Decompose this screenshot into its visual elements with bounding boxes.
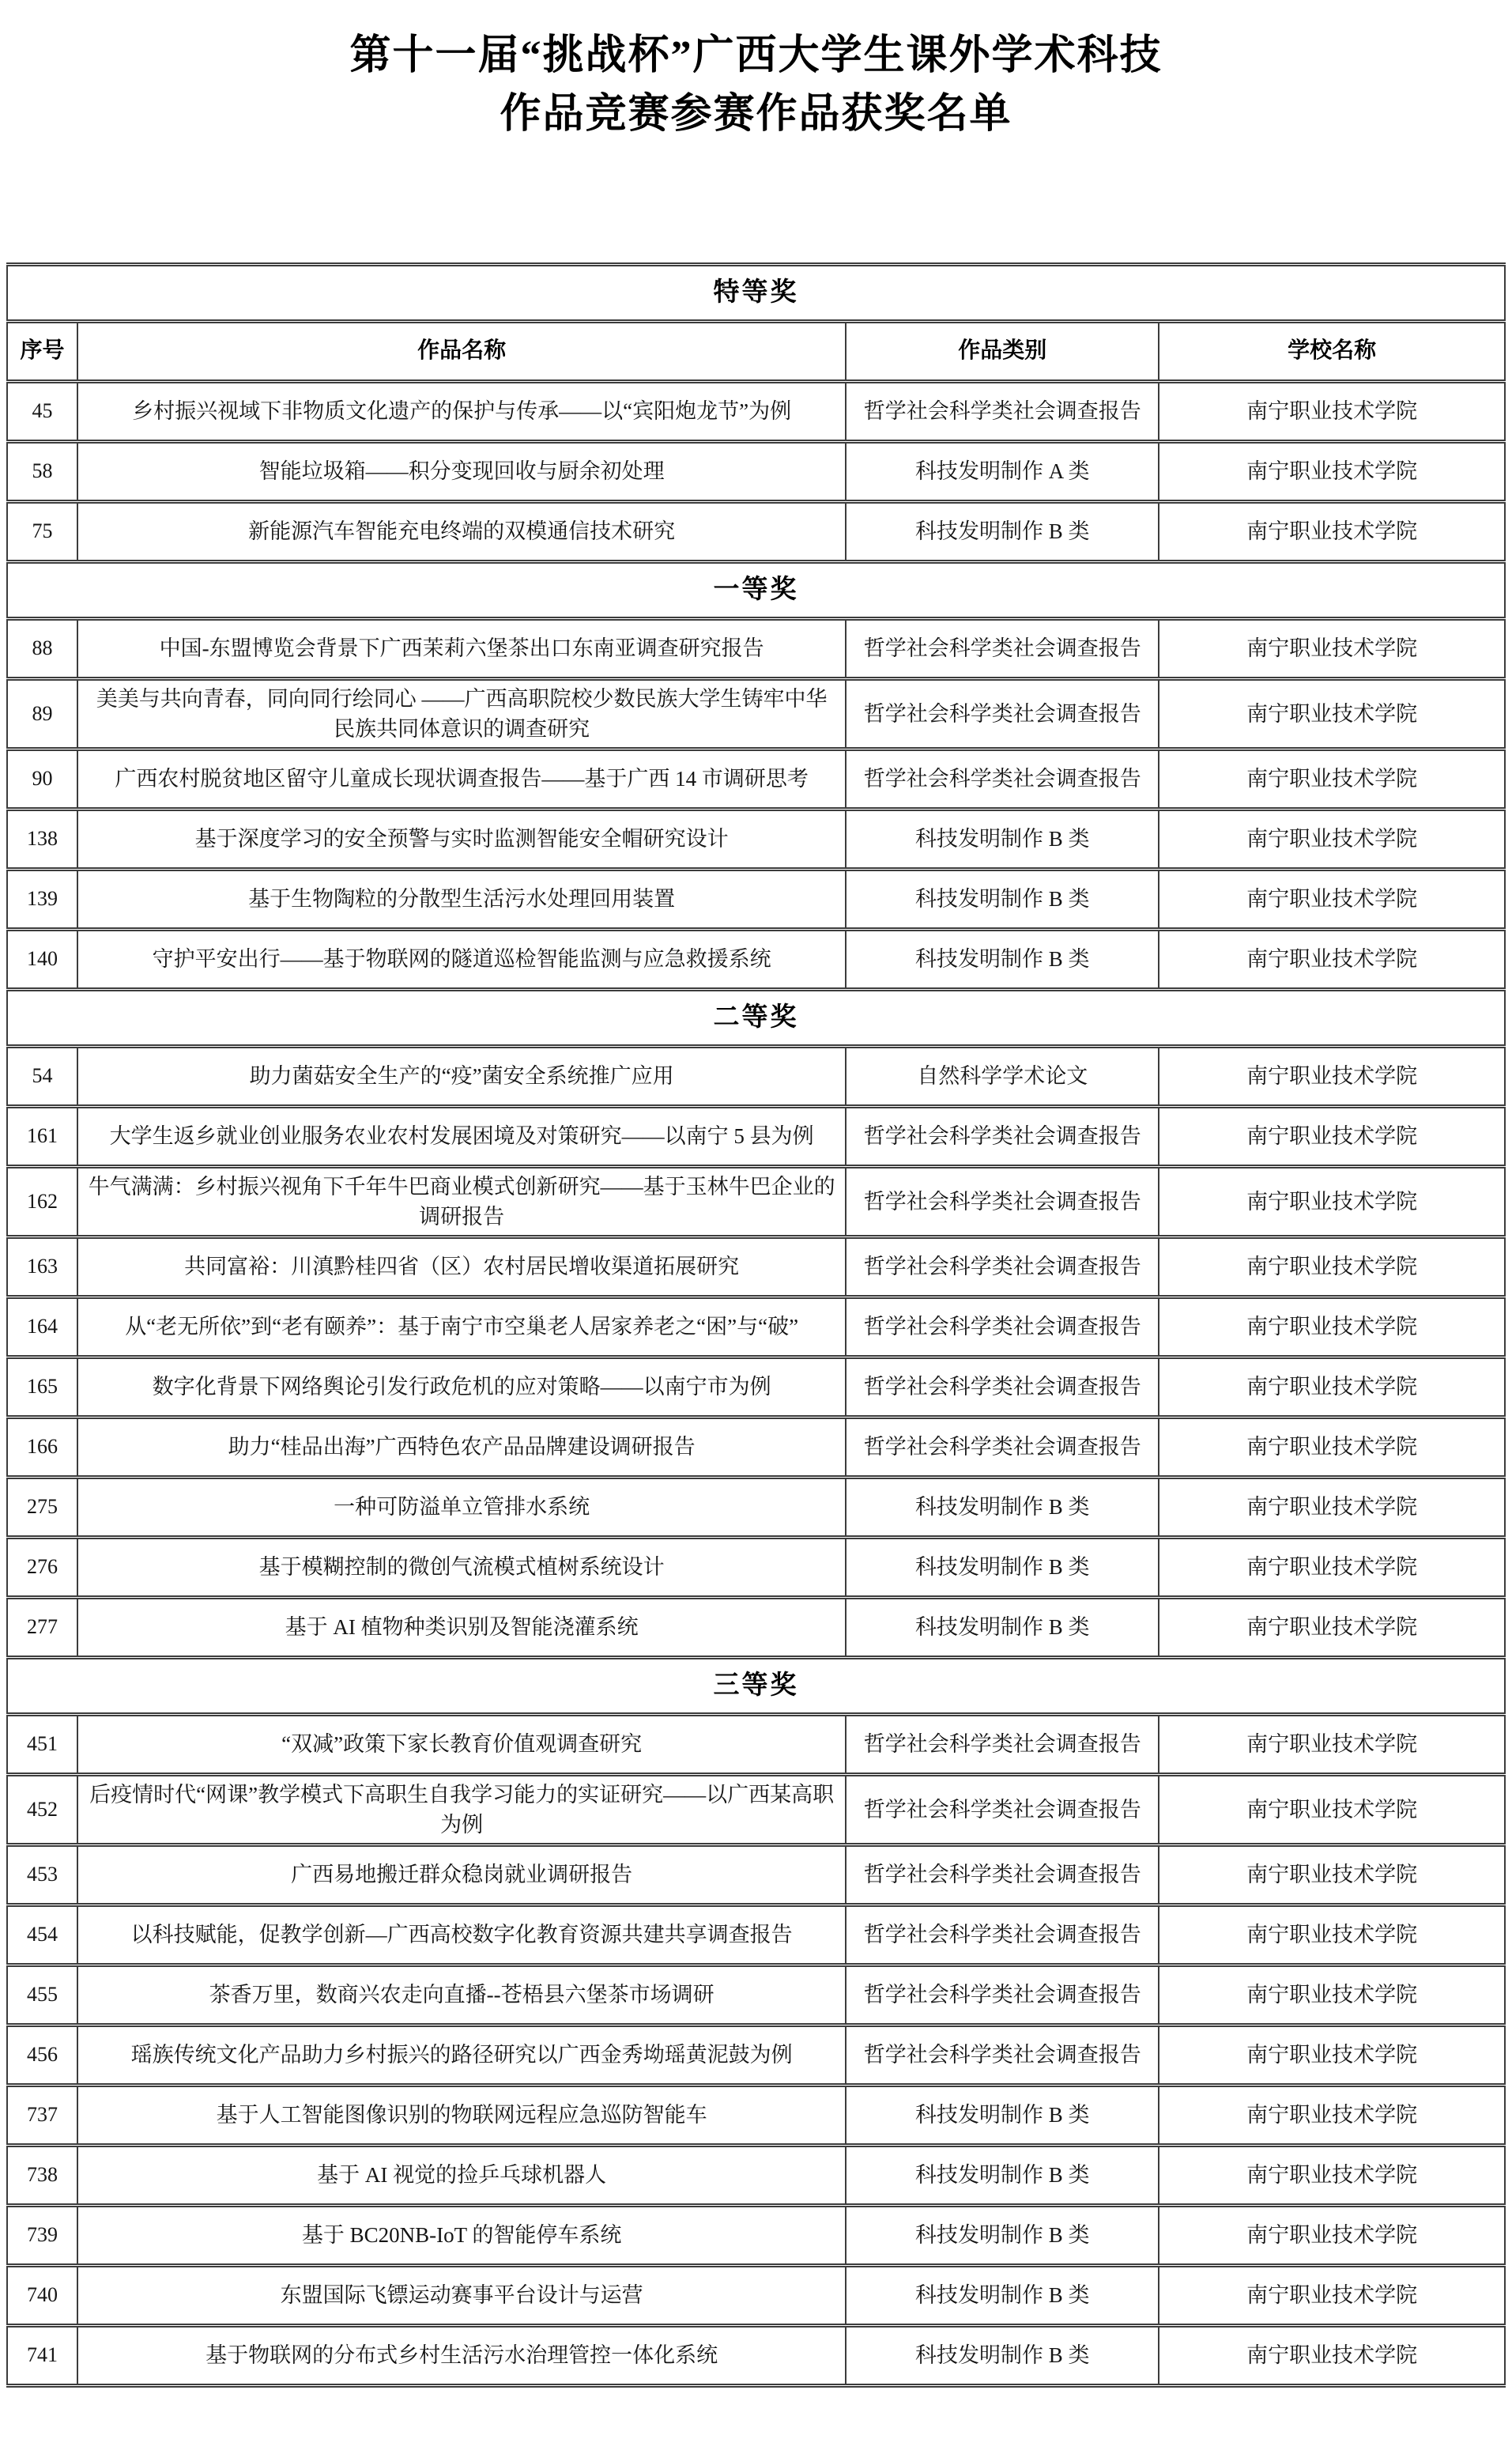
row-number: 453 <box>7 1844 77 1905</box>
work-title: 助力菌菇安全生产的“疫”菌安全系统推广应用 <box>77 1046 846 1106</box>
row-number: 89 <box>7 678 77 749</box>
work-category: 哲学社会科学类社会调查报告 <box>846 1905 1159 1965</box>
row-number: 75 <box>7 501 77 561</box>
table-row: 740东盟国际飞镖运动赛事平台设计与运营科技发明制作 B 类南宁职业技术学院 <box>7 2265 1505 2325</box>
school-name: 南宁职业技术学院 <box>1159 1537 1505 1597</box>
school-name: 南宁职业技术学院 <box>1159 2325 1505 2385</box>
table-row: 162牛气满满：乡村振兴视角下千年牛巴商业模式创新研究——基于玉林牛巴企业的调研… <box>7 1166 1505 1236</box>
work-title: 智能垃圾箱——积分变现回收与厨余初处理 <box>77 441 846 501</box>
row-number: 165 <box>7 1357 77 1417</box>
table-row: 139基于生物陶粒的分散型生活污水处理回用装置科技发明制作 B 类南宁职业技术学… <box>7 869 1505 929</box>
school-name: 南宁职业技术学院 <box>1159 1357 1505 1417</box>
table-row: 161大学生返乡就业创业服务农业农村发展困境及对策研究——以南宁 5 县为例哲学… <box>7 1106 1505 1166</box>
table-row: 165数字化背景下网络舆论引发行政危机的应对策略——以南宁市为例哲学社会科学类社… <box>7 1357 1505 1417</box>
work-title: 从“老无所依”到“老有颐养”：基于南宁市空巢老人居家养老之“困”与“破” <box>77 1297 846 1357</box>
work-title: 广西农村脱贫地区留守儿童成长现状调查报告——基于广西 14 市调研思考 <box>77 749 846 809</box>
work-category: 哲学社会科学类社会调查报告 <box>846 1236 1159 1297</box>
school-name: 南宁职业技术学院 <box>1159 809 1505 869</box>
row-number: 45 <box>7 381 77 441</box>
work-title: 后疫情时代“网课”教学模式下高职生自我学习能力的实证研究——以广西某高职为例 <box>77 1774 846 1844</box>
school-name: 南宁职业技术学院 <box>1159 869 1505 929</box>
school-name: 南宁职业技术学院 <box>1159 1236 1505 1297</box>
work-category: 哲学社会科学类社会调查报告 <box>846 1774 1159 1844</box>
work-category: 科技发明制作 B 类 <box>846 929 1159 989</box>
table-row: 140守护平安出行——基于物联网的隧道巡检智能监测与应急救援系统科技发明制作 B… <box>7 929 1505 989</box>
work-title: 基于深度学习的安全预警与实时监测智能安全帽研究设计 <box>77 809 846 869</box>
school-name: 南宁职业技术学院 <box>1159 1477 1505 1537</box>
school-name: 南宁职业技术学院 <box>1159 618 1505 678</box>
work-category: 科技发明制作 B 类 <box>846 2205 1159 2265</box>
table-row: 275一种可防溢单立管排水系统科技发明制作 B 类南宁职业技术学院 <box>7 1477 1505 1537</box>
document-title-line1: 第十一届“挑战杯”广西大学生课外学术科技 <box>349 33 1162 78</box>
table-row: 54助力菌菇安全生产的“疫”菌安全系统推广应用自然科学学术论文南宁职业技术学院 <box>7 1046 1505 1106</box>
table-row: 138基于深度学习的安全预警与实时监测智能安全帽研究设计科技发明制作 B 类南宁… <box>7 809 1505 869</box>
row-number: 58 <box>7 441 77 501</box>
work-category: 哲学社会科学类社会调查报告 <box>846 1965 1159 2025</box>
row-number: 277 <box>7 1597 77 1657</box>
work-category: 哲学社会科学类社会调查报告 <box>846 1844 1159 1905</box>
work-category: 科技发明制作 B 类 <box>846 1537 1159 1597</box>
school-name: 南宁职业技术学院 <box>1159 678 1505 749</box>
table-row: 277基于 AI 植物种类识别及智能浇灌系统科技发明制作 B 类南宁职业技术学院 <box>7 1597 1505 1657</box>
school-name: 南宁职业技术学院 <box>1159 441 1505 501</box>
work-title: “双减”政策下家长教育价值观调查研究 <box>77 1714 846 1774</box>
work-category: 哲学社会科学类社会调查报告 <box>846 749 1159 809</box>
work-title: 东盟国际飞镖运动赛事平台设计与运营 <box>77 2265 846 2325</box>
work-title: 守护平安出行——基于物联网的隧道巡检智能监测与应急救援系统 <box>77 929 846 989</box>
school-name: 南宁职业技术学院 <box>1159 929 1505 989</box>
document-title: 第十一届“挑战杯”广西大学生课外学术科技作品竞赛参赛作品获奖名单 <box>0 27 1512 144</box>
row-number: 455 <box>7 1965 77 2025</box>
section-header: 三等奖 <box>7 1657 1505 1714</box>
row-number: 90 <box>7 749 77 809</box>
work-category: 科技发明制作 B 类 <box>846 501 1159 561</box>
table-row: 58智能垃圾箱——积分变现回收与厨余初处理科技发明制作 A 类南宁职业技术学院 <box>7 441 1505 501</box>
school-name: 南宁职业技术学院 <box>1159 749 1505 809</box>
column-header-row: 序号作品名称作品类别学校名称 <box>7 321 1505 381</box>
section-row: 二等奖 <box>7 989 1505 1046</box>
table-row: 452后疫情时代“网课”教学模式下高职生自我学习能力的实证研究——以广西某高职为… <box>7 1774 1505 1844</box>
row-number: 166 <box>7 1417 77 1477</box>
work-category: 哲学社会科学类社会调查报告 <box>846 1166 1159 1236</box>
row-number: 456 <box>7 2025 77 2085</box>
row-number: 741 <box>7 2325 77 2385</box>
work-category: 哲学社会科学类社会调查报告 <box>846 381 1159 441</box>
table-row: 75新能源汽车智能充电终端的双模通信技术研究科技发明制作 B 类南宁职业技术学院 <box>7 501 1505 561</box>
work-title: 茶香万里，数商兴农走向直播--苍梧县六堡茶市场调研 <box>77 1965 846 2025</box>
work-category: 哲学社会科学类社会调查报告 <box>846 1714 1159 1774</box>
section-header: 一等奖 <box>7 561 1505 618</box>
table-row: 451“双减”政策下家长教育价值观调查研究哲学社会科学类社会调查报告南宁职业技术… <box>7 1714 1505 1774</box>
work-title: 瑶族传统文化产品助力乡村振兴的路径研究以广西金秀坳瑶黄泥鼓为例 <box>77 2025 846 2085</box>
work-title: 基于 BC20NB-IoT 的智能停车系统 <box>77 2205 846 2265</box>
row-number: 451 <box>7 1714 77 1774</box>
row-number: 161 <box>7 1106 77 1166</box>
section-header: 二等奖 <box>7 989 1505 1046</box>
column-header-title: 作品名称 <box>77 321 846 381</box>
table-row: 89美美与共向青春，同向同行绘同心 ——广西高职院校少数民族大学生铸牢中华民族共… <box>7 678 1505 749</box>
work-category: 哲学社会科学类社会调查报告 <box>846 1297 1159 1357</box>
work-category: 科技发明制作 B 类 <box>846 1597 1159 1657</box>
work-title: 新能源汽车智能充电终端的双模通信技术研究 <box>77 501 846 561</box>
work-title: 美美与共向青春，同向同行绘同心 ——广西高职院校少数民族大学生铸牢中华民族共同体… <box>77 678 846 749</box>
table-row: 45乡村振兴视域下非物质文化遗产的保护与传承——以“宾阳炮龙节”为例哲学社会科学… <box>7 381 1505 441</box>
table-row: 741基于物联网的分布式乡村生活污水治理管控一体化系统科技发明制作 B 类南宁职… <box>7 2325 1505 2385</box>
school-name: 南宁职业技术学院 <box>1159 2085 1505 2145</box>
school-name: 南宁职业技术学院 <box>1159 1905 1505 1965</box>
section-row: 一等奖 <box>7 561 1505 618</box>
work-category: 哲学社会科学类社会调查报告 <box>846 678 1159 749</box>
document-title-line2: 作品竞赛参赛作品获奖名单 <box>500 92 1012 137</box>
school-name: 南宁职业技术学院 <box>1159 501 1505 561</box>
work-category: 科技发明制作 B 类 <box>846 2325 1159 2385</box>
work-title: 广西易地搬迁群众稳岗就业调研报告 <box>77 1844 846 1905</box>
school-name: 南宁职业技术学院 <box>1159 1166 1505 1236</box>
table-row: 276基于模糊控制的微创气流模式植树系统设计科技发明制作 B 类南宁职业技术学院 <box>7 1537 1505 1597</box>
school-name: 南宁职业技术学院 <box>1159 2205 1505 2265</box>
work-title: 基于人工智能图像识别的物联网远程应急巡防智能车 <box>77 2085 846 2145</box>
row-number: 738 <box>7 2145 77 2205</box>
column-header-school: 学校名称 <box>1159 321 1505 381</box>
row-number: 139 <box>7 869 77 929</box>
work-category: 哲学社会科学类社会调查报告 <box>846 618 1159 678</box>
table-row: 456瑶族传统文化产品助力乡村振兴的路径研究以广西金秀坳瑶黄泥鼓为例哲学社会科学… <box>7 2025 1505 2085</box>
row-number: 140 <box>7 929 77 989</box>
row-number: 276 <box>7 1537 77 1597</box>
work-title: 中国-东盟博览会背景下广西茉莉六堡茶出口东南亚调查研究报告 <box>77 618 846 678</box>
school-name: 南宁职业技术学院 <box>1159 1774 1505 1844</box>
work-title: 数字化背景下网络舆论引发行政危机的应对策略——以南宁市为例 <box>77 1357 846 1417</box>
work-category: 科技发明制作 B 类 <box>846 2145 1159 2205</box>
table-row: 738基于 AI 视觉的捡乒乓球机器人科技发明制作 B 类南宁职业技术学院 <box>7 2145 1505 2205</box>
table-row: 455茶香万里，数商兴农走向直播--苍梧县六堡茶市场调研哲学社会科学类社会调查报… <box>7 1965 1505 2025</box>
school-name: 南宁职业技术学院 <box>1159 2265 1505 2325</box>
work-title: 以科技赋能，促教学创新—广西高校数字化教育资源共建共享调查报告 <box>77 1905 846 1965</box>
table-row: 453广西易地搬迁群众稳岗就业调研报告哲学社会科学类社会调查报告南宁职业技术学院 <box>7 1844 1505 1905</box>
work-title: 基于生物陶粒的分散型生活污水处理回用装置 <box>77 869 846 929</box>
section-header: 特等奖 <box>7 264 1505 321</box>
school-name: 南宁职业技术学院 <box>1159 2145 1505 2205</box>
school-name: 南宁职业技术学院 <box>1159 1297 1505 1357</box>
table-row: 164从“老无所依”到“老有颐养”：基于南宁市空巢老人居家养老之“困”与“破”哲… <box>7 1297 1505 1357</box>
work-title: 基于 AI 植物种类识别及智能浇灌系统 <box>77 1597 846 1657</box>
section-row: 三等奖 <box>7 1657 1505 1714</box>
work-category: 哲学社会科学类社会调查报告 <box>846 1417 1159 1477</box>
table-row: 739基于 BC20NB-IoT 的智能停车系统科技发明制作 B 类南宁职业技术… <box>7 2205 1505 2265</box>
row-number: 739 <box>7 2205 77 2265</box>
work-title: 基于模糊控制的微创气流模式植树系统设计 <box>77 1537 846 1597</box>
work-category: 科技发明制作 B 类 <box>846 809 1159 869</box>
table-row: 166助力“桂品出海”广西特色农产品品牌建设调研报告哲学社会科学类社会调查报告南… <box>7 1417 1505 1477</box>
row-number: 88 <box>7 618 77 678</box>
work-title: 共同富裕：川滇黔桂四省（区）农村居民增收渠道拓展研究 <box>77 1236 846 1297</box>
school-name: 南宁职业技术学院 <box>1159 1965 1505 2025</box>
section-row: 特等奖 <box>7 264 1505 321</box>
row-number: 164 <box>7 1297 77 1357</box>
award-document: 第十一届“挑战杯”广西大学生课外学术科技作品竞赛参赛作品获奖名单 特等奖序号作品… <box>0 0 1512 2454</box>
work-title: 一种可防溢单立管排水系统 <box>77 1477 846 1537</box>
school-name: 南宁职业技术学院 <box>1159 1106 1505 1166</box>
work-category: 哲学社会科学类社会调查报告 <box>846 2025 1159 2085</box>
award-table: 特等奖序号作品名称作品类别学校名称45乡村振兴视域下非物质文化遗产的保护与传承—… <box>6 262 1506 2388</box>
table-row: 454以科技赋能，促教学创新—广西高校数字化教育资源共建共享调查报告哲学社会科学… <box>7 1905 1505 1965</box>
work-category: 哲学社会科学类社会调查报告 <box>846 1357 1159 1417</box>
work-category: 科技发明制作 B 类 <box>846 869 1159 929</box>
row-number: 737 <box>7 2085 77 2145</box>
work-title: 助力“桂品出海”广西特色农产品品牌建设调研报告 <box>77 1417 846 1477</box>
work-title: 乡村振兴视域下非物质文化遗产的保护与传承——以“宾阳炮龙节”为例 <box>77 381 846 441</box>
school-name: 南宁职业技术学院 <box>1159 1046 1505 1106</box>
row-number: 275 <box>7 1477 77 1537</box>
work-category: 哲学社会科学类社会调查报告 <box>846 1106 1159 1166</box>
school-name: 南宁职业技术学院 <box>1159 1714 1505 1774</box>
work-category: 科技发明制作 B 类 <box>846 2085 1159 2145</box>
row-number: 163 <box>7 1236 77 1297</box>
row-number: 740 <box>7 2265 77 2325</box>
row-number: 162 <box>7 1166 77 1236</box>
table-row: 737基于人工智能图像识别的物联网远程应急巡防智能车科技发明制作 B 类南宁职业… <box>7 2085 1505 2145</box>
table-row: 88中国-东盟博览会背景下广西茉莉六堡茶出口东南亚调查研究报告哲学社会科学类社会… <box>7 618 1505 678</box>
column-header-category: 作品类别 <box>846 321 1159 381</box>
school-name: 南宁职业技术学院 <box>1159 1844 1505 1905</box>
row-number: 454 <box>7 1905 77 1965</box>
work-title: 牛气满满：乡村振兴视角下千年牛巴商业模式创新研究——基于玉林牛巴企业的调研报告 <box>77 1166 846 1236</box>
school-name: 南宁职业技术学院 <box>1159 1597 1505 1657</box>
work-title: 大学生返乡就业创业服务农业农村发展困境及对策研究——以南宁 5 县为例 <box>77 1106 846 1166</box>
row-number: 452 <box>7 1774 77 1844</box>
school-name: 南宁职业技术学院 <box>1159 1417 1505 1477</box>
work-title: 基于 AI 视觉的捡乒乓球机器人 <box>77 2145 846 2205</box>
column-header-no: 序号 <box>7 321 77 381</box>
work-category: 科技发明制作 A 类 <box>846 441 1159 501</box>
work-category: 科技发明制作 B 类 <box>846 2265 1159 2325</box>
work-category: 科技发明制作 B 类 <box>846 1477 1159 1537</box>
school-name: 南宁职业技术学院 <box>1159 2025 1505 2085</box>
row-number: 54 <box>7 1046 77 1106</box>
table-row: 90广西农村脱贫地区留守儿童成长现状调查报告——基于广西 14 市调研思考哲学社… <box>7 749 1505 809</box>
award-table-body: 特等奖序号作品名称作品类别学校名称45乡村振兴视域下非物质文化遗产的保护与传承—… <box>7 264 1505 2385</box>
title-table-spacer <box>0 144 1512 262</box>
row-number: 138 <box>7 809 77 869</box>
school-name: 南宁职业技术学院 <box>1159 381 1505 441</box>
table-row: 163共同富裕：川滇黔桂四省（区）农村居民增收渠道拓展研究哲学社会科学类社会调查… <box>7 1236 1505 1297</box>
work-title: 基于物联网的分布式乡村生活污水治理管控一体化系统 <box>77 2325 846 2385</box>
work-category: 自然科学学术论文 <box>846 1046 1159 1106</box>
